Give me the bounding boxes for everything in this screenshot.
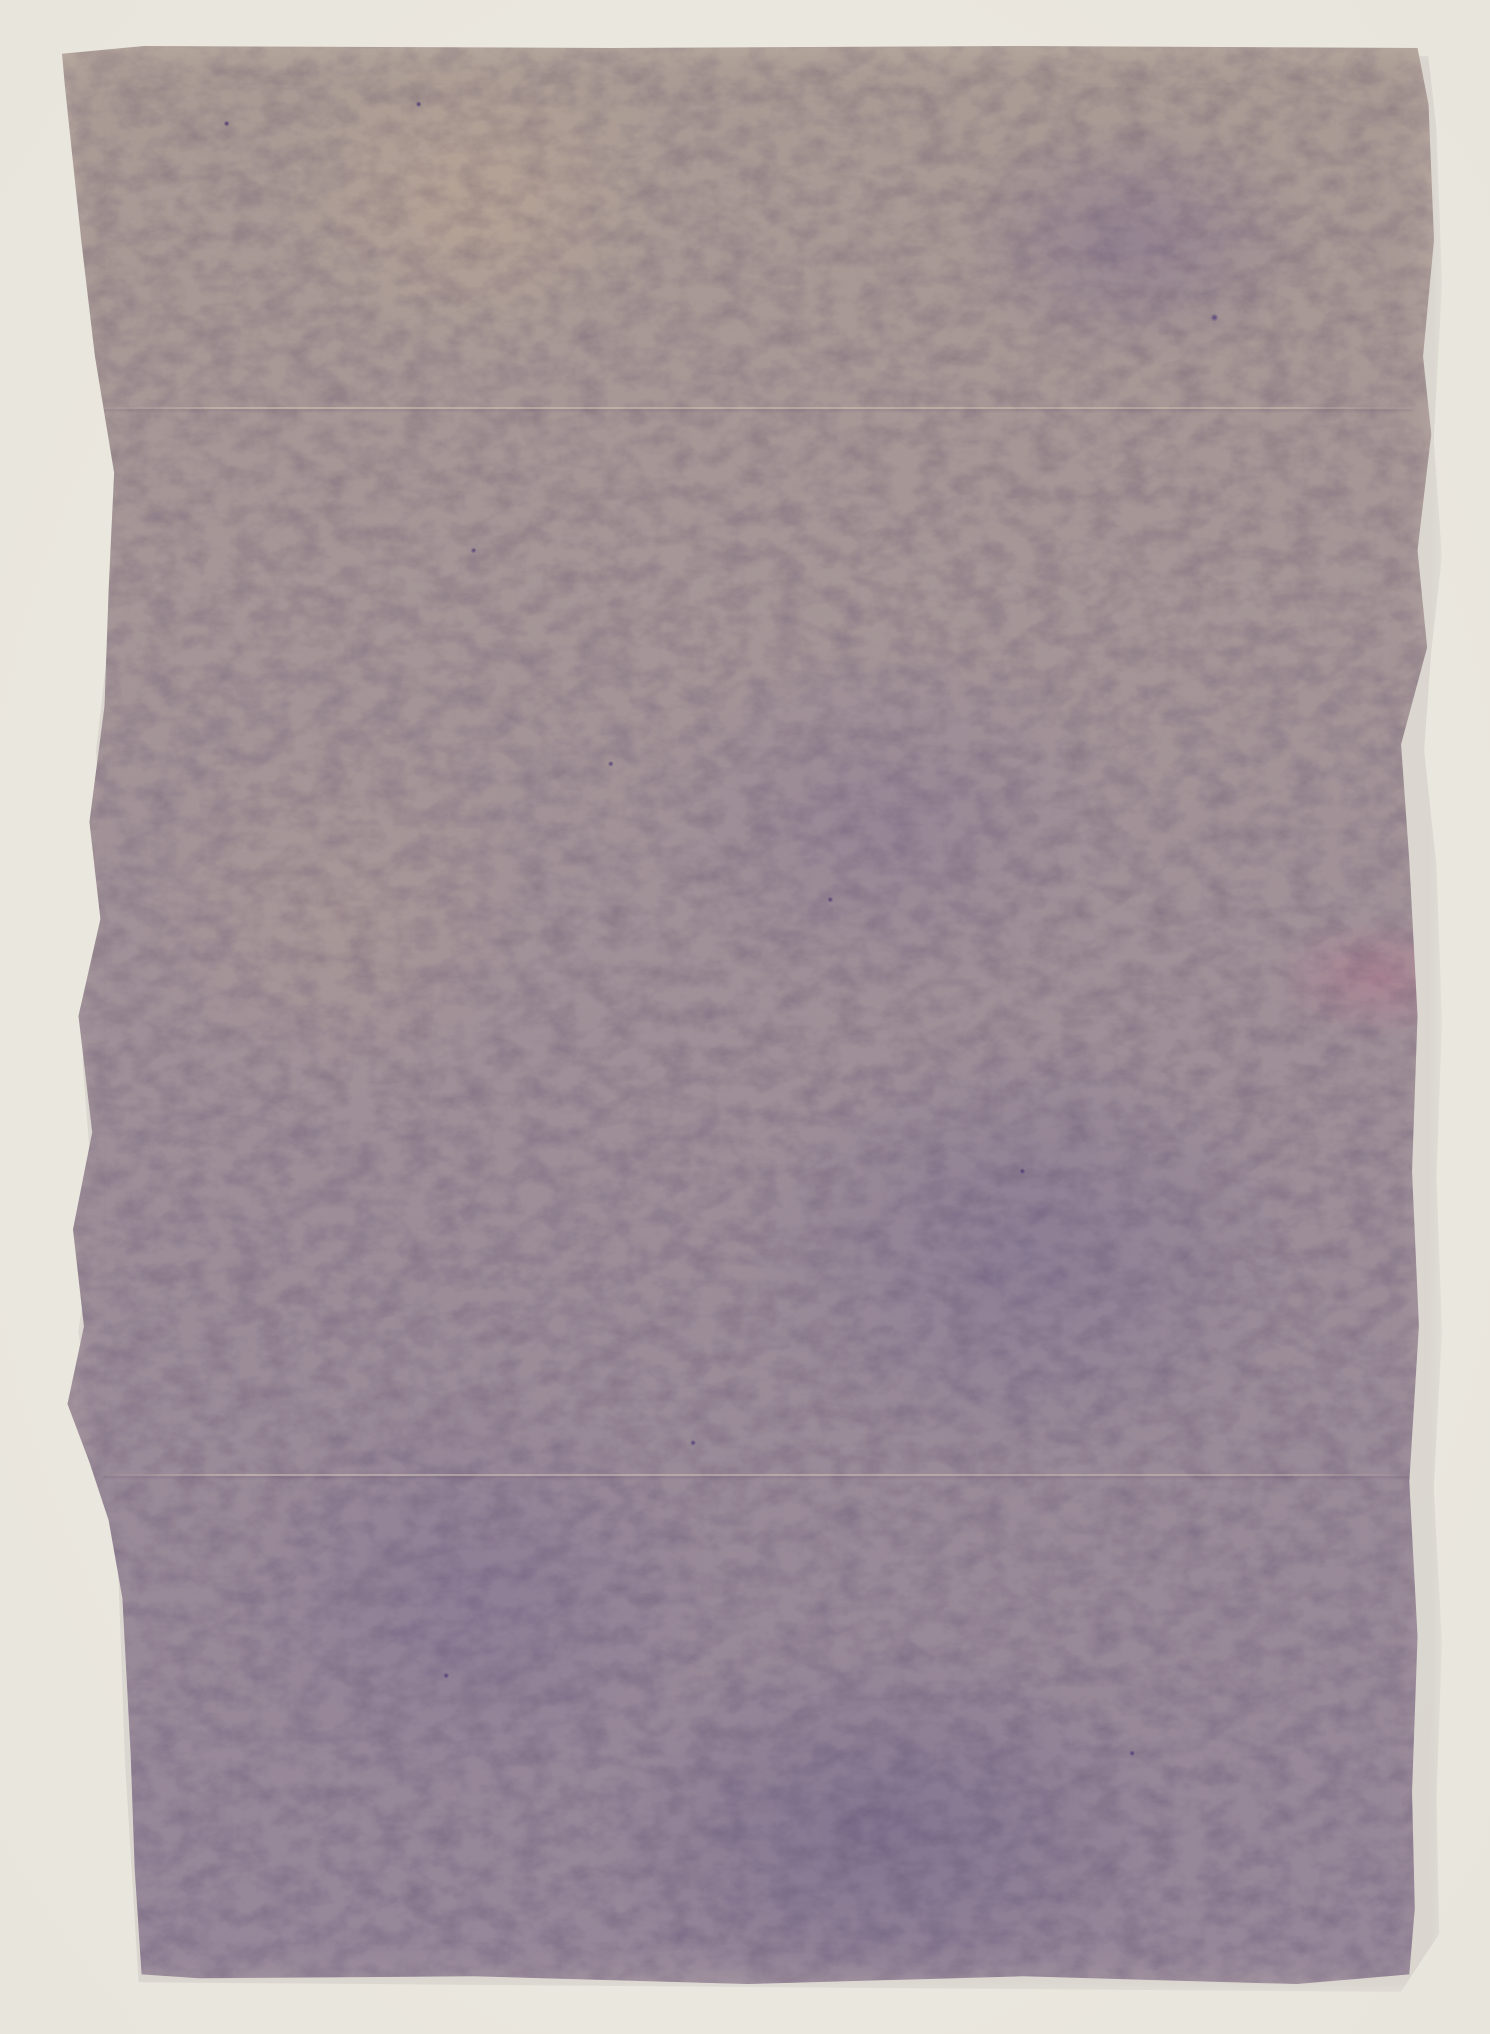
paper-edge-highlight <box>62 46 1434 1986</box>
photo-scene <box>0 0 1490 2034</box>
handmade-paper-sheet <box>62 46 1434 1986</box>
